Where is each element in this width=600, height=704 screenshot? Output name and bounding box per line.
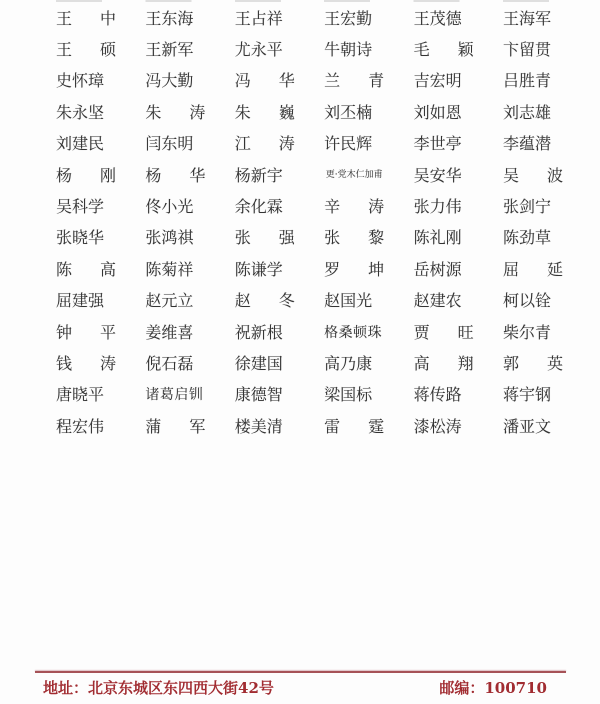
member-name: 赵冬 xyxy=(235,293,295,309)
member-name: 郭英 xyxy=(503,356,563,372)
member-name: 杨新宇 xyxy=(235,168,295,184)
member-name-grid: 王中王东海王占祥王宏勤王茂德王海军王硕王新军尤永平牛朝诗毛颖卞留贯史怀璋冯大勤冯… xyxy=(56,3,563,442)
name-row: 唐晓平诸葛启钏康德智梁国标蒋传路蒋宇钢 xyxy=(56,380,563,411)
member-name: 王硕 xyxy=(56,42,116,58)
footer-postcode: 邮编：100710 xyxy=(439,679,547,697)
member-name: 吴安华 xyxy=(414,168,474,184)
address-value: 北京东城区东四西大街42号 xyxy=(88,679,274,697)
member-name: 张鸿祺 xyxy=(145,230,205,246)
member-name: 吕胜青 xyxy=(503,73,563,89)
member-name: 李蕴潜 xyxy=(503,136,563,152)
name-row: 钟平姜维喜祝新根格桑顿珠贾旺柴尔青 xyxy=(56,317,563,348)
member-name: 柴尔青 xyxy=(503,325,563,341)
member-name: 闫东明 xyxy=(145,136,205,152)
member-name: 王占祥 xyxy=(235,11,295,27)
member-name: 王东海 xyxy=(145,11,205,27)
member-name: 张强 xyxy=(235,230,295,246)
member-name: 蒋传路 xyxy=(414,387,474,403)
name-row: 钱涛倪石磊徐建国高乃康高翔郭英 xyxy=(56,348,563,379)
member-name: 刘如恩 xyxy=(414,105,474,121)
cropped-previous-line-remnant xyxy=(56,0,553,2)
member-name: 雷霆 xyxy=(324,419,384,435)
name-row: 杨刚杨华杨新宇更·党木仁加甫吴安华吴波 xyxy=(56,160,563,191)
member-name: 杨华 xyxy=(145,168,205,184)
postcode-value: 100710 xyxy=(484,679,547,697)
member-name: 钱涛 xyxy=(56,356,116,372)
member-name: 吴波 xyxy=(503,168,563,184)
footer-address: 地址：北京东城区东四西大街42号 xyxy=(43,679,274,697)
member-name: 屈建强 xyxy=(56,293,116,309)
member-name: 徐建国 xyxy=(235,356,295,372)
member-name: 岳树源 xyxy=(414,262,474,278)
member-name: 尤永平 xyxy=(235,42,295,58)
member-name: 屈延 xyxy=(503,262,563,278)
name-row: 吴科学佟小光余化霖辛涛张力伟张剑宁 xyxy=(56,191,563,222)
member-name: 史怀璋 xyxy=(56,73,116,89)
member-name: 江涛 xyxy=(235,136,295,152)
name-row: 陈高陈菊祥陈谦学罗坤岳树源屈延 xyxy=(56,254,563,285)
name-row: 屈建强赵元立赵冬赵国光赵建农柯以铨 xyxy=(56,286,563,317)
member-name: 吉宏明 xyxy=(414,73,474,89)
member-name: 赵元立 xyxy=(145,293,205,309)
member-name: 蒋宇钢 xyxy=(503,387,563,403)
member-name: 毛颖 xyxy=(414,42,474,58)
member-name: 贾旺 xyxy=(414,325,474,341)
member-name: 刘志雄 xyxy=(503,105,563,121)
member-name: 兰青 xyxy=(324,73,384,89)
member-name: 陈菊祥 xyxy=(145,262,205,278)
name-row: 张晓华张鸿祺张强张黎陈礼刚陈劲草 xyxy=(56,223,563,254)
member-name: 高翔 xyxy=(414,356,474,372)
member-name: 佟小光 xyxy=(145,199,205,215)
member-name: 梁国标 xyxy=(324,387,384,403)
name-row: 王中王东海王占祥王宏勤王茂德王海军 xyxy=(56,3,563,34)
member-name: 柯以铨 xyxy=(503,293,563,309)
member-name: 刘丕楠 xyxy=(324,105,384,121)
member-name: 王新军 xyxy=(145,42,205,58)
member-name: 格桑顿珠 xyxy=(324,326,384,340)
member-name: 王茂德 xyxy=(414,11,474,27)
member-name: 王宏勤 xyxy=(324,11,384,27)
member-name: 陈劲草 xyxy=(503,230,563,246)
member-name: 唐晓平 xyxy=(56,387,116,403)
member-name: 朱涛 xyxy=(145,105,205,121)
member-name: 钟平 xyxy=(56,325,116,341)
member-name: 张剑宁 xyxy=(503,199,563,215)
member-name: 王海军 xyxy=(503,11,563,27)
member-name: 康德智 xyxy=(235,387,295,403)
member-name: 高乃康 xyxy=(324,356,384,372)
member-name: 蒲军 xyxy=(145,419,205,435)
member-name: 赵建农 xyxy=(414,293,474,309)
member-name: 许民辉 xyxy=(324,136,384,152)
member-name: 漆松涛 xyxy=(414,419,474,435)
member-name: 姜维喜 xyxy=(145,325,205,341)
member-name: 陈高 xyxy=(56,262,116,278)
member-name: 刘建民 xyxy=(56,136,116,152)
member-name: 王中 xyxy=(56,11,116,27)
member-name: 张力伟 xyxy=(414,199,474,215)
name-row: 史怀璋冯大勤冯华兰青吉宏明吕胜青 xyxy=(56,66,563,97)
member-name: 罗坤 xyxy=(324,262,384,278)
member-name: 诸葛启钏 xyxy=(145,388,205,402)
footer-divider-line xyxy=(35,671,566,673)
member-name: 倪石磊 xyxy=(145,356,205,372)
member-name: 杨刚 xyxy=(56,168,116,184)
name-row: 刘建民闫东明江涛许民辉李世亭李蕴潜 xyxy=(56,129,563,160)
member-name: 牛朝诗 xyxy=(324,42,384,58)
member-name: 更·党木仁加甫 xyxy=(324,171,384,180)
member-name: 朱巍 xyxy=(235,105,295,121)
member-name: 陈谦学 xyxy=(235,262,295,278)
address-label: 地址： xyxy=(43,679,88,697)
member-name: 楼美清 xyxy=(235,419,295,435)
member-name: 赵国光 xyxy=(324,293,384,309)
member-name: 朱永坚 xyxy=(56,105,116,121)
member-name: 冯大勤 xyxy=(145,73,205,89)
member-name: 张晓华 xyxy=(56,230,116,246)
member-name: 吴科学 xyxy=(56,199,116,215)
member-name: 程宏伟 xyxy=(56,419,116,435)
member-name: 辛涛 xyxy=(324,199,384,215)
member-name: 陈礼刚 xyxy=(414,230,474,246)
name-row: 朱永坚朱涛朱巍刘丕楠刘如恩刘志雄 xyxy=(56,97,563,128)
member-name: 潘亚文 xyxy=(503,419,563,435)
member-name: 卞留贯 xyxy=(503,42,563,58)
member-name: 祝新根 xyxy=(235,325,295,341)
member-name: 余化霖 xyxy=(235,199,295,215)
name-row: 王硕王新军尤永平牛朝诗毛颖卞留贯 xyxy=(56,34,563,65)
name-row: 程宏伟蒲军楼美清雷霆漆松涛潘亚文 xyxy=(56,411,563,442)
member-name: 张黎 xyxy=(324,230,384,246)
member-name: 冯华 xyxy=(235,73,295,89)
postcode-label: 邮编： xyxy=(439,679,484,697)
member-name: 李世亭 xyxy=(414,136,474,152)
